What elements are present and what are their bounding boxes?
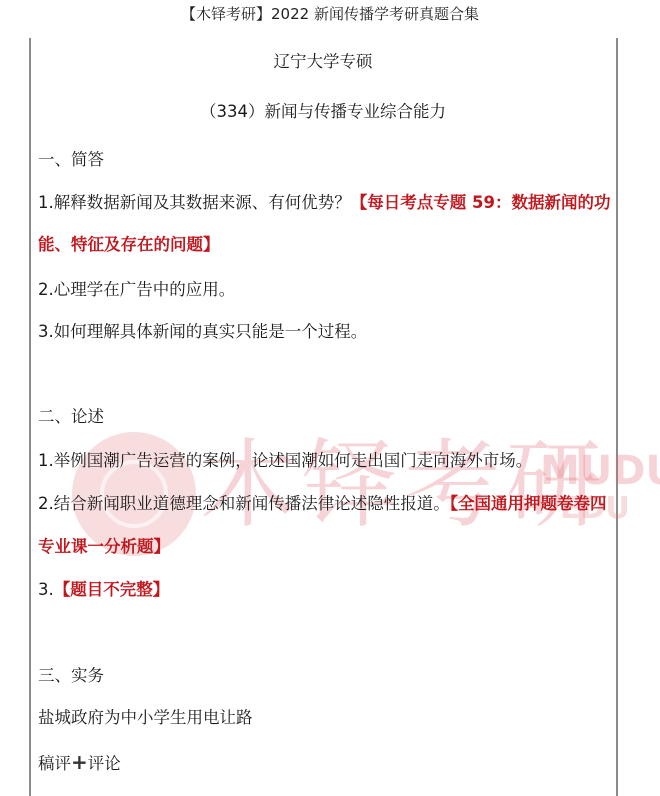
- question-item: 2.心理学在广告中的应用。: [38, 277, 235, 303]
- question-text: 2.结合新闻职业道德理念和新闻传播法律论述隐性报道。: [38, 494, 450, 513]
- question-note: 【题目不完整】: [54, 580, 170, 599]
- watermark-text-en: MUDUO: [540, 448, 660, 494]
- school-title: 辽宁大学专硕: [30, 49, 616, 75]
- question-item: 1.举例国潮广告运营的案例，论述国潮如何走出国门走向海外市场。: [38, 448, 532, 474]
- question-note: 【全国通用押题卷卷四: [450, 494, 607, 513]
- question-note-continued: 专业课一分析题】: [38, 534, 170, 560]
- question-text: 稿评: [38, 754, 71, 773]
- subject-title: （334）新闻与传播专业综合能力: [30, 99, 616, 125]
- question-item: 3.如何理解具体新闻的真实只能是一个过程。: [38, 319, 367, 345]
- question-item: 盐城政府为中小学生用电让路: [38, 705, 253, 731]
- page-border-left: [29, 38, 31, 796]
- plus-icon: +: [71, 750, 88, 774]
- question-item: 1.解释数据新闻及其数据来源、有何优势？【每日考点专题 59：数据新闻的功: [38, 190, 610, 216]
- page-border-right: [616, 38, 618, 796]
- section-heading: 三、实务: [38, 663, 104, 689]
- section-heading: 一、简答: [38, 147, 104, 173]
- question-item: 3.【题目不完整】: [38, 577, 169, 603]
- question-text: 3.: [38, 580, 54, 599]
- section-heading: 二、论述: [38, 404, 104, 430]
- question-text: 评论: [88, 754, 121, 773]
- question-note-continued: 能、特征及存在的问题】: [38, 232, 220, 258]
- question-item: 2.结合新闻职业道德理念和新闻传播法律论述隐性报道。【全国通用押题卷卷四: [38, 491, 607, 517]
- question-text: 1.解释数据新闻及其数据来源、有何优势？: [38, 193, 351, 212]
- question-note: 【每日考点专题 59：数据新闻的功: [351, 193, 611, 212]
- question-item: 稿评+评论: [38, 749, 121, 777]
- document-header: 【木铎考研】2022 新闻传播学考研真题合集: [0, 2, 660, 26]
